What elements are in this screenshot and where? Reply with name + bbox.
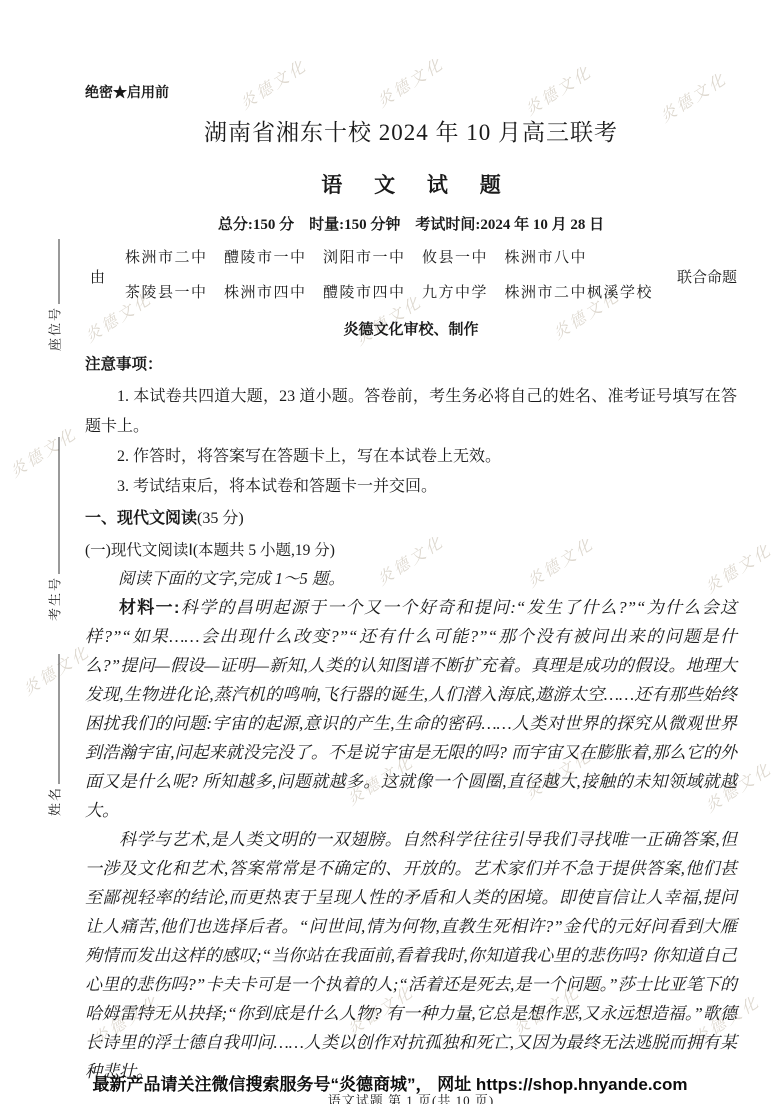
commission-lead: 由 xyxy=(90,266,105,287)
credit-line: 炎德文化审校、制作 xyxy=(85,321,737,339)
notice-list: 1. 本试卷共四道大题，23 道小题。答卷前，考生务必将自己的姓名、准考证号填写… xyxy=(85,382,737,502)
name-label: 姓名 xyxy=(45,786,64,816)
subsection-heading: (一)现代文阅读Ⅰ(本题共 5 小题,19 分) xyxy=(85,542,737,560)
page-content: 绝密★启用前 湖南省湘东十校 2024 年 10 月高三联考 语 文 试 题 总… xyxy=(0,0,780,1104)
material-label: 材料一: xyxy=(119,598,180,617)
subject-title: 语 文 试 题 xyxy=(85,172,737,200)
section-heading-part1: 一、现代文阅读(35 分) xyxy=(85,510,737,528)
seat-number-blank-line xyxy=(48,239,60,304)
passage-paragraph-1: 材料一:科学的昌明起源于一个又一个好奇和提问:“发生了什么?”“为什么会这样?”… xyxy=(85,593,737,825)
passage-paragraph-2: 科学与艺术,是人类文明的一双翅膀。自然科学往往引导我们寻找唯一正确答案,但一涉及… xyxy=(85,825,737,1086)
section-score: (35 分) xyxy=(197,510,244,527)
reading-passage: 材料一:科学的昌明起源于一个又一个好奇和提问:“发生了什么?”“为什么会这样?”… xyxy=(85,593,737,1086)
candidate-number-blank-line xyxy=(48,437,60,574)
margin-field-seat-number: 座位号 xyxy=(45,239,64,351)
exam-title: 湖南省湘东十校 2024 年 10 月高三联考 xyxy=(85,118,737,148)
secrecy-label: 绝密★启用前 xyxy=(85,84,737,100)
notice-item-1: 1. 本试卷共四道大题，23 道小题。答卷前，考生务必将自己的姓名、准考证号填写… xyxy=(85,382,737,442)
margin-field-name: 姓名 xyxy=(45,654,64,816)
margin-field-candidate-number: 考生号 xyxy=(45,437,64,621)
commission-tail: 联合命题 xyxy=(677,266,737,287)
school-row-1: 株洲市二中 醴陵市一中 浏阳市一中 攸县一中 株洲市八中 xyxy=(125,249,669,268)
passage-intro: 阅读下面的文字,完成 1～5 题。 xyxy=(85,569,737,588)
notice-heading: 注意事项： xyxy=(85,356,737,374)
candidate-number-label: 考生号 xyxy=(45,576,64,621)
notice-item-2: 2. 作答时，将答案写在答题卡上，写在本试卷上无效。 xyxy=(85,442,737,472)
material-text-1: 科学的昌明起源于一个又一个好奇和提问:“发生了什么?”“为什么会这样?”“如果…… xyxy=(85,598,737,820)
exam-meta: 总分:150 分 时量:150 分钟 考试时间:2024 年 10 月 28 日 xyxy=(85,216,737,234)
notice-item-3: 3. 考试结束后，将本试卷和答题卡一并交回。 xyxy=(85,472,737,502)
section-title: 一、现代文阅读 xyxy=(85,510,197,527)
promo-banner: 最新产品请关注微信搜索服务号“炎德商城”， 网址 https://shop.hn… xyxy=(0,1073,780,1097)
seat-number-label: 座位号 xyxy=(45,306,64,351)
name-blank-line xyxy=(48,654,60,784)
school-list: 株洲市二中 醴陵市一中 浏阳市一中 攸县一中 株洲市八中 茶陵县一中 株洲市四中… xyxy=(125,249,669,303)
commission-block: 由 株洲市二中 醴陵市一中 浏阳市一中 攸县一中 株洲市八中 茶陵县一中 株洲市… xyxy=(85,249,737,303)
school-row-2: 茶陵县一中 株洲市四中 醴陵市四中 九方中学 株洲市二中枫溪学校 xyxy=(125,284,669,303)
exam-page: 炎德文化炎德文化炎德文化炎德文化炎德文化炎德文化炎德文化炎德文化炎德文化炎德文化… xyxy=(0,0,780,1104)
